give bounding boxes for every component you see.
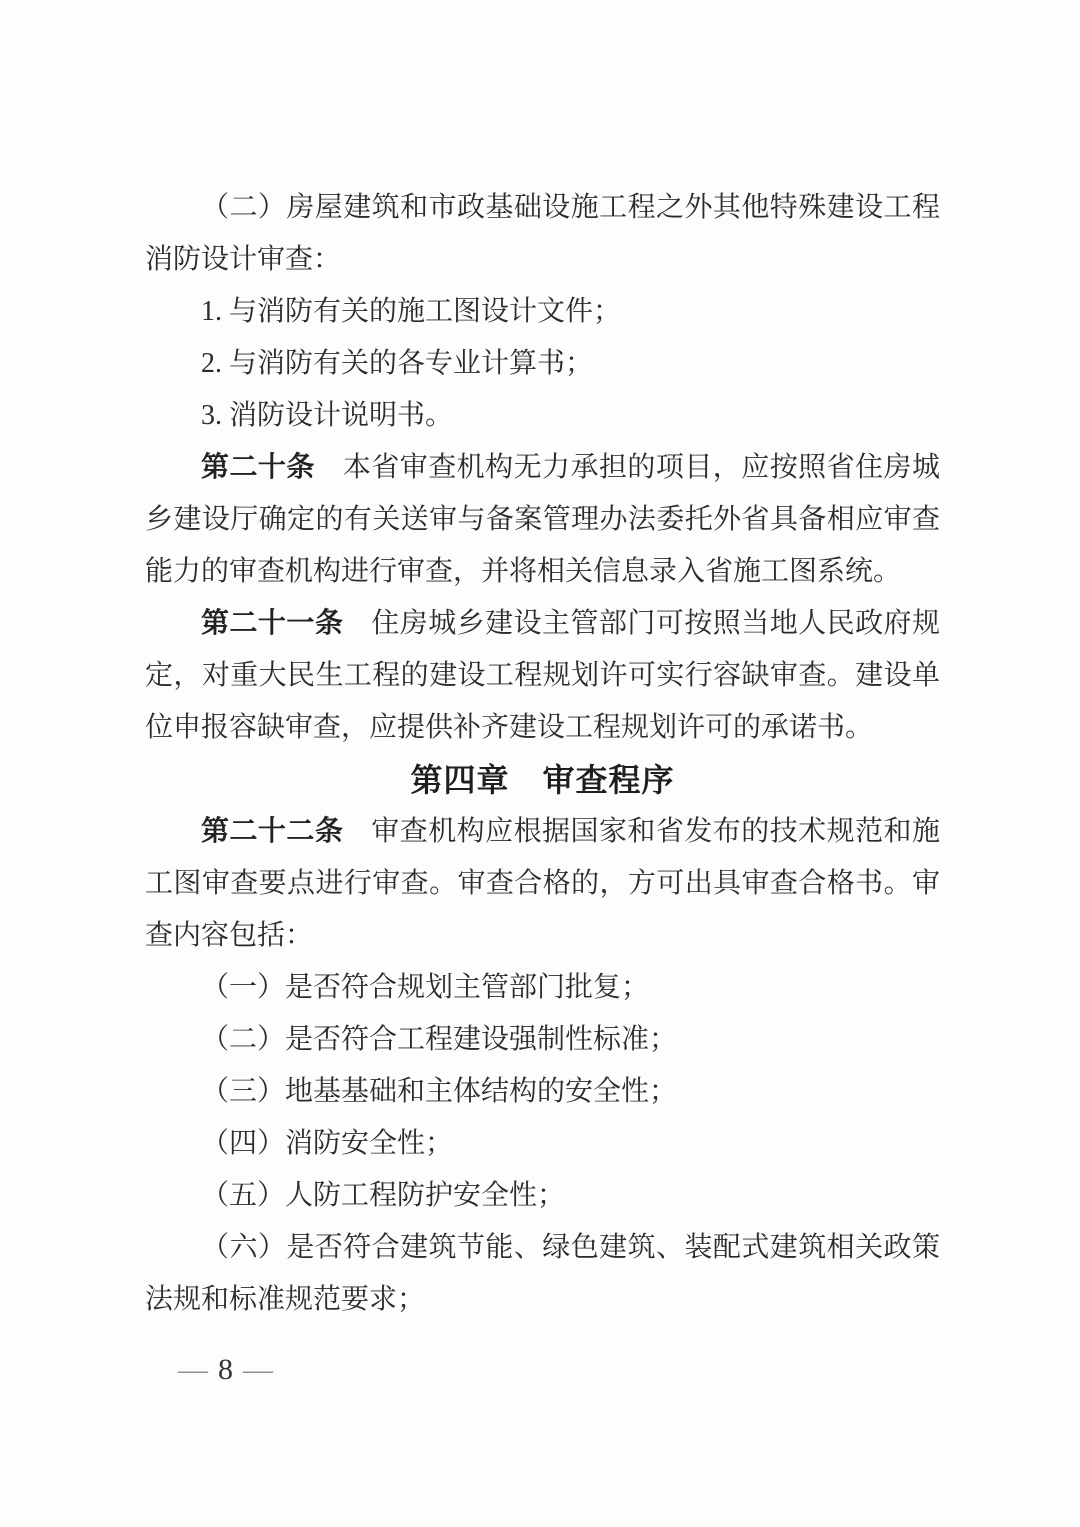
numbered-item-2: 2. 与消防有关的各专业计算书；: [145, 338, 940, 390]
article-20-number: 第二十条: [201, 452, 315, 483]
article-22-number: 第二十二条: [201, 816, 343, 847]
review-item-2: （二）是否符合工程建设强制性标准；: [145, 1014, 940, 1066]
article-22-paragraph: 第二十二条审查机构应根据国家和省发布的技术规范和施工图审查要点进行审查。审查合格…: [145, 806, 940, 962]
document-body: （二）房屋建筑和市政基础设施工程之外其他特殊建设工程消防设计审查： 1. 与消防…: [145, 182, 940, 1326]
article-21-paragraph: 第二十一条住房城乡建设主管部门可按照当地人民政府规定，对重大民生工程的建设工程规…: [145, 598, 940, 754]
page-number-right-dash: —: [233, 1353, 283, 1386]
numbered-item-3: 3. 消防设计说明书。: [145, 390, 940, 442]
numbered-item-1: 1. 与消防有关的施工图设计文件；: [145, 286, 940, 338]
article-20-paragraph: 第二十条本省审查机构无力承担的项目，应按照省住房城乡建设厅确定的有关送审与备案管…: [145, 442, 940, 598]
page-number-left-dash: —: [168, 1353, 218, 1386]
article-21-number: 第二十一条: [201, 608, 343, 639]
review-item-3: （三）地基基础和主体结构的安全性；: [145, 1066, 940, 1118]
review-item-4: （四）消防安全性；: [145, 1118, 940, 1170]
document-page: （二）房屋建筑和市政基础设施工程之外其他特殊建设工程消防设计审查： 1. 与消防…: [0, 0, 1080, 1527]
page-number-value: 8: [218, 1353, 233, 1386]
review-item-6: （六）是否符合建筑节能、绿色建筑、装配式建筑相关政策法规和标准规范要求；: [145, 1222, 940, 1326]
review-item-1: （一）是否符合规划主管部门批复；: [145, 962, 940, 1014]
page-number: —8—: [168, 1350, 283, 1390]
review-item-5: （五）人防工程防护安全性；: [145, 1170, 940, 1222]
clause-ii-paragraph: （二）房屋建筑和市政基础设施工程之外其他特殊建设工程消防设计审查：: [145, 182, 940, 286]
chapter-4-heading: 第四章 审查程序: [145, 754, 940, 806]
